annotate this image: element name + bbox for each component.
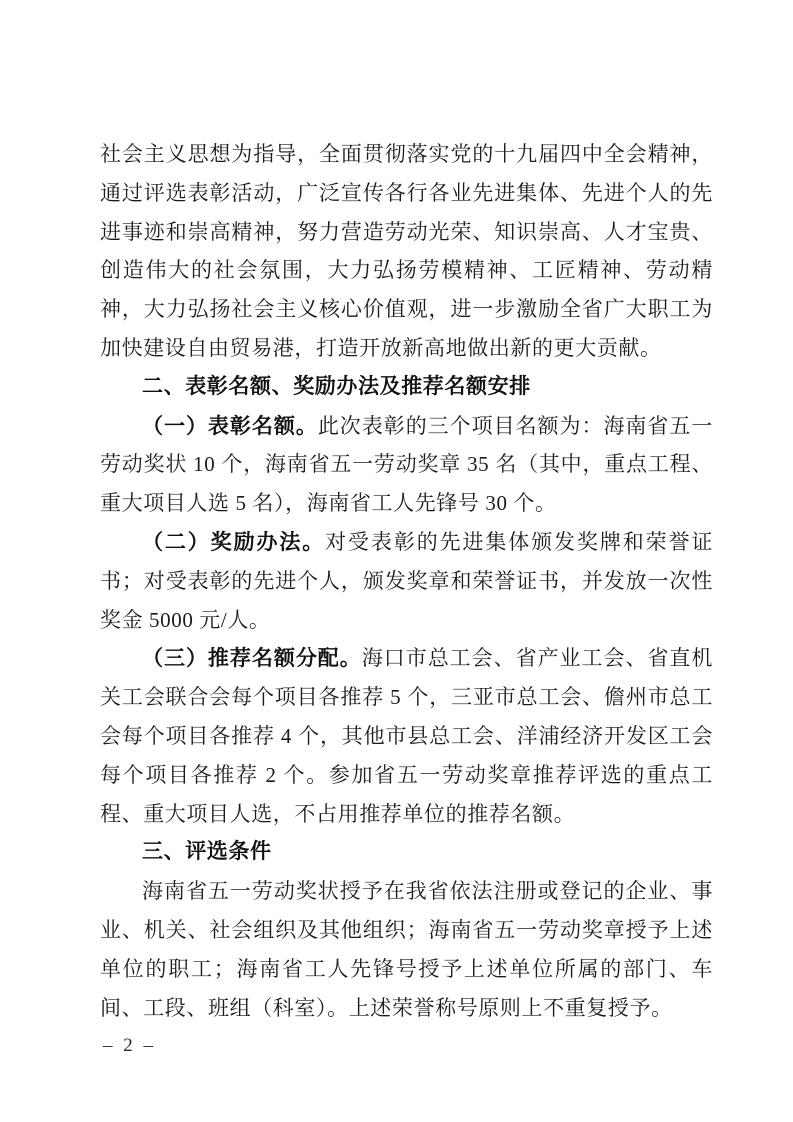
paragraph-item-1: （一）表彰名额。此次表彰的三个项目名额为：海南省五一劳动奖状 10 个，海南省五…: [100, 407, 713, 523]
paragraph-item-1-lead: （一）表彰名额。: [142, 414, 318, 438]
paragraph-conditions: 海南省五一劳动奖状授予在我省依法注册或登记的企业、事业、机关、社会组织及其他组织…: [100, 872, 713, 1027]
paragraph-continued: 社会主义思想为指导，全面贯彻落实党的十九届四中全会精神，通过评选表彰活动，广泛宣…: [100, 135, 713, 368]
section-heading-2: 二、表彰名额、奖励办法及推荐名额安排: [100, 368, 713, 407]
paragraph-item-2: （二）奖励办法。对受表彰的先进集体颁发奖牌和荣誉证书；对受表彰的先进个人，颁发奖…: [100, 523, 713, 639]
document-page: 社会主义思想为指导，全面贯彻落实党的十九届四中全会精神，通过评选表彰活动，广泛宣…: [0, 0, 793, 1122]
paragraph-item-3: （三）推荐名额分配。海口市总工会、省产业工会、省直机关工会联合会每个项目各推荐 …: [100, 639, 713, 833]
document-body: 社会主义思想为指导，全面贯彻落实党的十九届四中全会精神，通过评选表彰活动，广泛宣…: [100, 135, 713, 1027]
page-number: – 2 –: [103, 1035, 156, 1057]
paragraph-item-2-lead: （二）奖励办法。: [142, 530, 325, 554]
paragraph-item-3-lead: （三）推荐名额分配。: [142, 646, 362, 670]
section-heading-3: 三、评选条件: [100, 833, 713, 872]
paragraph-item-3-text: 海口市总工会、省产业工会、省直机关工会联合会每个项目各推荐 5 个，三亚市总工会…: [100, 646, 713, 825]
